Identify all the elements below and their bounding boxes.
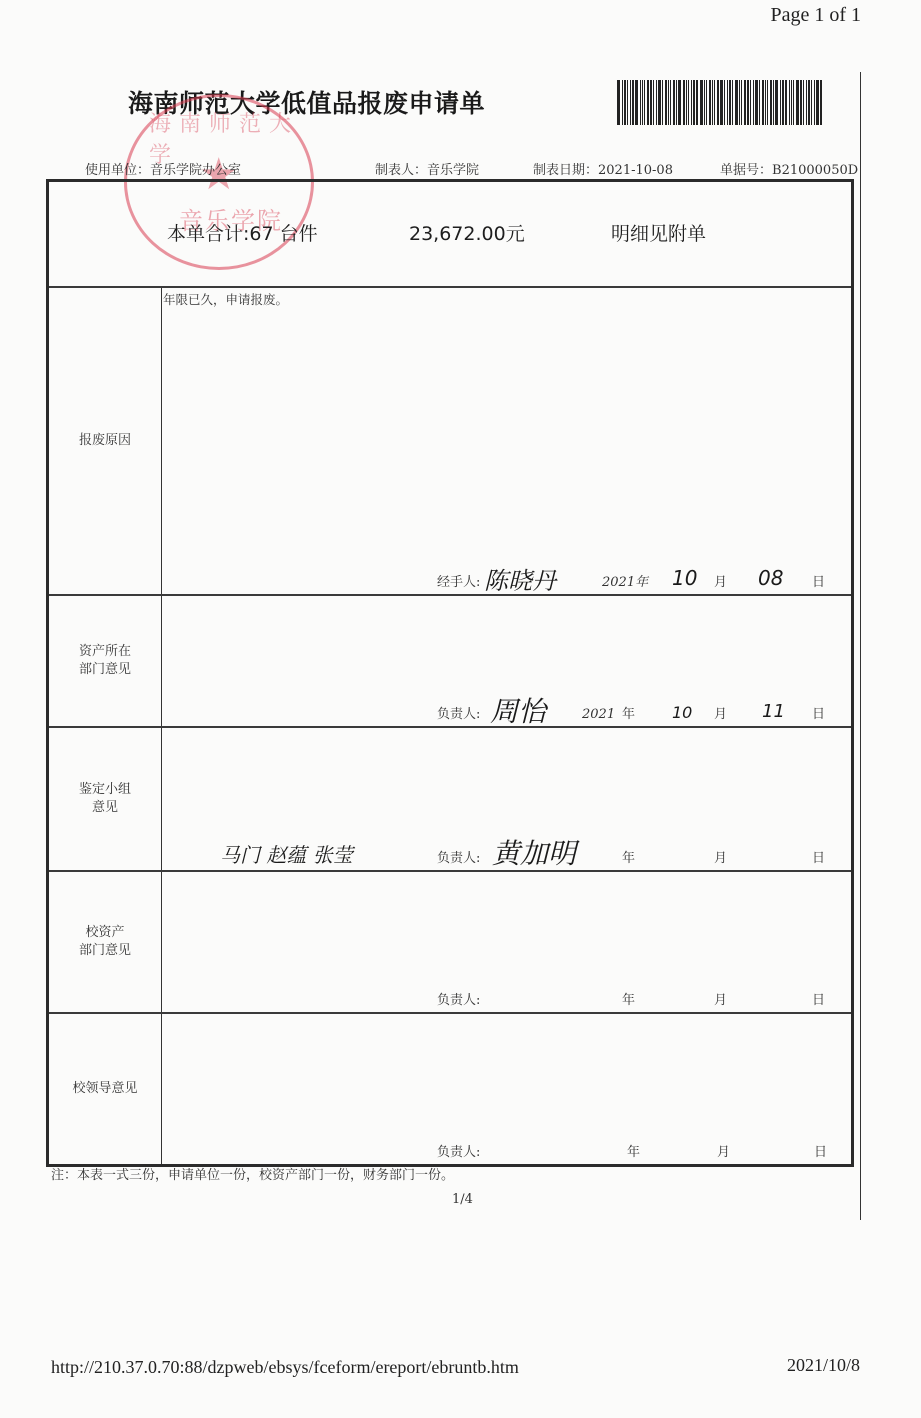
preparer-label: 制表人： xyxy=(375,163,427,178)
form-note: 注：本表一式三份，申请单位一份，校资产部门一份，财务部门一份。 xyxy=(51,1164,454,1183)
barcode-bar xyxy=(656,80,657,125)
barcode-bar xyxy=(720,80,723,125)
year-label: 年 xyxy=(627,1141,640,1160)
row-label: 资产所在部门意见 xyxy=(49,596,162,726)
page-number: 1/4 xyxy=(452,1192,473,1207)
handwritten-signature: 黄加明 xyxy=(492,832,576,872)
barcode-bar xyxy=(816,80,819,125)
reason-text[interactable]: 年限已久，申请报废。 xyxy=(163,290,288,308)
row-body: 负责人: 周怡 2021 年 10 月 11 日 xyxy=(162,596,851,726)
row-body: 马门 赵蕴 张莹 负责人: 黄加明 年 月 日 xyxy=(162,728,851,870)
row-dept-opinion: 资产所在部门意见 负责人: 周怡 2021 年 10 月 11 日 xyxy=(49,596,851,728)
barcode-bar xyxy=(693,80,695,125)
barcode-bar xyxy=(814,80,815,125)
sign-line: 负责人: 年 月 日 xyxy=(162,1142,851,1160)
barcode-bar xyxy=(686,80,687,125)
barcode-bar xyxy=(780,80,781,125)
barcode-bar xyxy=(630,80,631,125)
barcode-bar xyxy=(688,80,689,125)
barcode-bar xyxy=(696,80,698,125)
doc-no-value: B21000050D xyxy=(772,163,858,178)
footer-url: http://210.37.0.70:88/dzpweb/ebsys/fcefo… xyxy=(51,1357,519,1378)
doc-no-label: 单据号： xyxy=(720,163,772,178)
barcode-bar xyxy=(773,80,774,125)
handwritten-day: 11 xyxy=(762,701,785,722)
day-label: 日 xyxy=(812,703,825,722)
row-label: 校资产部门意见 xyxy=(49,872,162,1012)
meta-unit: 使用单位：音乐学院办公室 xyxy=(85,159,241,178)
barcode-bar xyxy=(741,80,742,125)
barcode-bar xyxy=(704,80,705,125)
row-label: 报废原因 xyxy=(49,288,162,594)
barcode-bar xyxy=(735,80,738,125)
barcode-bar xyxy=(789,80,790,125)
handwritten-signature: 周怡 xyxy=(490,690,546,730)
barcode-bar xyxy=(732,80,733,125)
barcode-bar xyxy=(808,80,810,125)
page-indicator: Page 1 of 1 xyxy=(770,4,861,27)
unit-label: 使用单位： xyxy=(85,163,150,178)
barcode-bar xyxy=(683,80,685,125)
sign-line: 马门 赵蕴 张莹 负责人: 黄加明 年 月 日 xyxy=(162,848,851,866)
member-signatures: 马门 赵蕴 张莹 xyxy=(220,839,353,868)
footer-date: 2021/10/8 xyxy=(787,1355,860,1376)
barcode-bar xyxy=(744,80,746,125)
barcode-bar xyxy=(803,80,804,125)
date-value: 2021-10-08 xyxy=(598,163,673,178)
sign-line: 负责人: 年 月 日 xyxy=(162,990,851,1008)
month-label: 月 xyxy=(714,989,727,1008)
barcode-bar xyxy=(724,80,725,125)
preparer-value: 音乐学院 xyxy=(427,163,479,178)
handwritten-year: 2021 xyxy=(582,707,615,722)
handwritten-month: 10 xyxy=(672,703,692,722)
barcode-bar xyxy=(770,80,772,125)
row-body: 负责人: 年 月 日 xyxy=(162,872,851,1012)
handwritten-year: 2021年 xyxy=(602,571,648,590)
row-label: 校领导意见 xyxy=(49,1014,162,1164)
label-line: 部门意见 xyxy=(79,661,131,679)
summary-total: 本单合计:67 台件 xyxy=(167,219,318,246)
barcode-bar xyxy=(709,80,711,125)
barcode xyxy=(617,80,850,125)
month-label: 月 xyxy=(714,571,727,590)
form-title: 海南师范大学低值品报废申请单 xyxy=(128,84,485,120)
month-label: 月 xyxy=(714,703,727,722)
meta-date: 制表日期：2021-10-08 xyxy=(533,159,673,178)
row-label: 鉴定小组意见 xyxy=(49,728,162,870)
barcode-bar xyxy=(700,80,703,125)
barcode-bar xyxy=(727,80,728,125)
barcode-bar xyxy=(800,80,802,125)
barcode-bar xyxy=(729,80,731,125)
barcode-bar xyxy=(806,80,807,125)
barcode-bar xyxy=(624,80,626,125)
barcode-bar xyxy=(622,80,623,125)
barcode-bar xyxy=(796,80,799,125)
row-appraisal-opinion: 鉴定小组意见 马门 赵蕴 张莹 负责人: 黄加明 年 月 日 xyxy=(49,728,851,872)
year-label: 年 xyxy=(622,989,635,1008)
barcode-bar xyxy=(691,80,692,125)
barcode-bar xyxy=(753,80,754,125)
barcode-bar xyxy=(739,80,740,125)
barcode-bar xyxy=(755,80,758,125)
row-school-leader-opinion: 校领导意见 负责人: 年 月 日 xyxy=(49,1014,851,1164)
year-label: 年 xyxy=(622,847,635,866)
label-line: 校资产 xyxy=(79,924,131,942)
barcode-bar xyxy=(644,80,645,125)
barcode-bar xyxy=(747,80,749,125)
row-reason: 报废原因 年限已久，申请报废。 经手人: 陈晓丹 2021年 10 月 08 日 xyxy=(49,288,851,596)
barcode-bar xyxy=(714,80,715,125)
summary-detail-note: 明细见附单 xyxy=(611,219,706,246)
barcode-bar xyxy=(668,80,669,125)
day-label: 日 xyxy=(812,847,825,866)
barcode-bar xyxy=(759,80,760,125)
barcode-bar xyxy=(670,80,671,125)
form-table: 本单合计:67 台件 23,672.00元 明细见附单 报废原因 年限已久，申请… xyxy=(46,179,854,1167)
barcode-bar xyxy=(653,80,654,125)
sign-line: 负责人: 周怡 2021 年 10 月 11 日 xyxy=(162,704,851,722)
meta-doc-no: 单据号：B21000050D xyxy=(720,159,858,178)
signer-label: 负责人: xyxy=(437,1141,480,1160)
barcode-bar xyxy=(640,80,641,125)
barcode-bar xyxy=(673,80,675,125)
barcode-bar xyxy=(791,80,792,125)
label-line: 意见 xyxy=(79,799,131,817)
day-label: 日 xyxy=(814,1141,827,1160)
barcode-bar xyxy=(632,80,634,125)
barcode-bar xyxy=(678,80,681,125)
barcode-bar xyxy=(647,80,649,125)
handwritten-month: 10 xyxy=(672,566,697,590)
barcode-bar xyxy=(627,80,628,125)
day-label: 日 xyxy=(812,989,825,1008)
barcode-bar xyxy=(665,80,667,125)
unit-value: 音乐学院办公室 xyxy=(150,163,241,178)
summary-amount: 23,672.00元 xyxy=(409,219,525,246)
barcode-bar xyxy=(662,80,663,125)
barcode-bar xyxy=(650,80,652,125)
row-body: 负责人: 年 月 日 xyxy=(162,1014,851,1164)
barcode-bar xyxy=(635,80,638,125)
month-label: 月 xyxy=(717,1141,730,1160)
row-school-asset-opinion: 校资产部门意见 负责人: 年 月 日 xyxy=(49,872,851,1014)
label-line: 部门意见 xyxy=(79,942,131,960)
barcode-bar xyxy=(785,80,787,125)
label-line: 资产所在 xyxy=(79,643,131,661)
barcode-bar xyxy=(793,80,794,125)
signer-label: 负责人: xyxy=(437,703,480,722)
total-quantity: 67 xyxy=(249,223,273,245)
total-label: 本单合计: xyxy=(167,223,249,245)
meta-preparer: 制表人：音乐学院 xyxy=(375,159,479,178)
total-unit: 台件 xyxy=(280,223,318,245)
barcode-bar xyxy=(617,80,620,125)
signer-label: 负责人: xyxy=(437,847,480,866)
barcode-bar xyxy=(765,80,766,125)
barcode-bar xyxy=(658,80,661,125)
barcode-bar xyxy=(811,80,812,125)
date-label: 制表日期： xyxy=(533,163,598,178)
barcode-bar xyxy=(717,80,719,125)
scan-edge-line xyxy=(860,72,861,1220)
handwritten-day: 08 xyxy=(758,566,783,590)
row-body: 年限已久，申请报废。 经手人: 陈晓丹 2021年 10 月 08 日 xyxy=(162,288,851,594)
signer-label: 负责人: xyxy=(437,989,480,1008)
month-label: 月 xyxy=(714,847,727,866)
barcode-bar xyxy=(820,80,822,125)
label-line: 鉴定小组 xyxy=(79,781,131,799)
day-label: 日 xyxy=(812,571,825,590)
signer-label: 经手人: xyxy=(437,571,480,590)
barcode-bar xyxy=(767,80,768,125)
barcode-bar xyxy=(762,80,764,125)
handwritten-signature: 陈晓丹 xyxy=(484,561,556,596)
barcode-bar xyxy=(706,80,707,125)
sign-line: 经手人: 陈晓丹 2021年 10 月 08 日 xyxy=(162,572,851,590)
summary-row: 本单合计:67 台件 23,672.00元 明细见附单 xyxy=(49,182,851,288)
barcode-bar xyxy=(750,80,751,125)
barcode-bar xyxy=(775,80,778,125)
year-label: 年 xyxy=(622,703,635,722)
barcode-bar xyxy=(712,80,713,125)
barcode-bar xyxy=(782,80,784,125)
barcode-bar xyxy=(676,80,677,125)
barcode-bar xyxy=(642,80,643,125)
